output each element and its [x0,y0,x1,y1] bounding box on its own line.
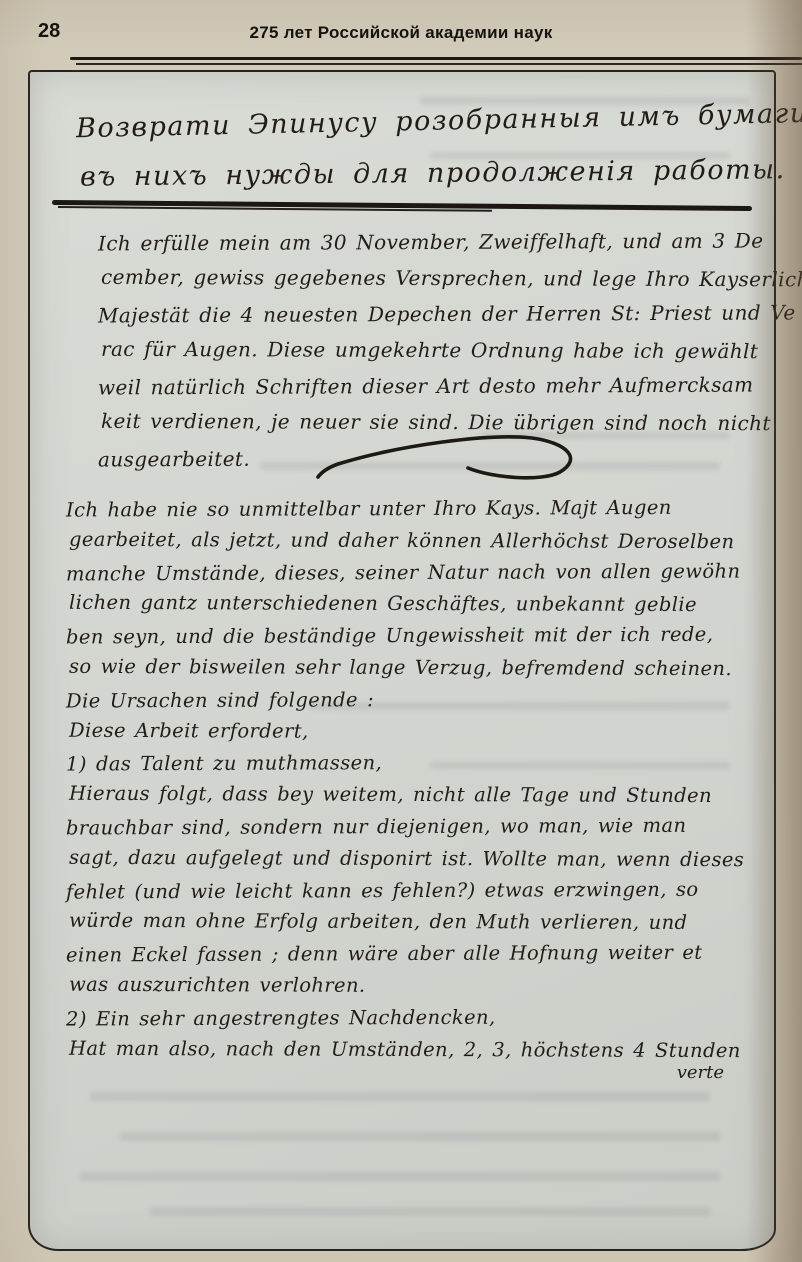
handwritten-line: Die Ursachen sind folgende : [66,682,758,717]
handwritten-line: Ich erfülle mein am 30 November, Zweiffe… [98,223,758,262]
handwritten-line: was auszurichten verlohren. [69,969,758,1003]
handwritten-line: lichen gantz unterschiedenen Geschäftes,… [69,587,758,621]
catchword: verte [677,1062,724,1083]
handwritten-line: 1) das Talent zu muthmassen, [66,746,758,781]
handwritten-line: cember, gewiss gegebenes Versprechen, un… [101,259,758,297]
handwritten-line: weil natürlich Schriften dieser Art dest… [98,367,758,406]
handwritten-line: rac für Augen. Diese umgekehrte Ordnung … [101,331,758,369]
running-header-title: 275 лет Российской академии наук [0,23,802,43]
russian-handwritten-note: Возврати Эпинусу розобранныя имъ бумаги … [76,96,766,200]
header-rule-thick [70,57,802,60]
handwritten-line: Ich habe nie so unmittelbar unter Ihro K… [66,491,758,526]
handwritten-line: sagt, dazu aufgelegt und disponirt ist. … [69,842,758,876]
bleed-through-streak [120,1132,720,1141]
handwritten-line: so wie der bisweilen sehr lange Verzug, … [69,651,758,685]
handwritten-line: въ нихъ нужды для продолженія работы. [80,144,767,203]
hand-drawn-flourish [310,425,610,489]
handwritten-line: Hat man also, nach den Umständen, 2, 3, … [69,1032,758,1066]
handwritten-line: Hieraus folgt, dass bey weitem, nicht al… [69,778,758,812]
bleed-through-streak [90,1092,710,1101]
handwritten-line: 2) Ein sehr angestrengtes Nachdencken, [66,1000,758,1035]
handwritten-line: Diese Arbeit erfordert, [69,714,758,748]
handwritten-line: brauchbar sind, sondern nur diejenigen, … [66,809,758,844]
handwritten-line: würde man ohne Erfolg arbeiten, den Muth… [69,905,758,939]
handwritten-line: manche Umstände, dieses, seiner Natur na… [66,555,758,590]
handwritten-line: Majestät die 4 neuesten Depechen der Her… [98,295,758,334]
handwritten-line: einen Eckel fassen ; denn wäre aber alle… [66,937,758,972]
bleed-through-streak [80,1172,720,1181]
handwritten-line: ben seyn, und die beständige Ungewisshei… [66,619,758,654]
german-paragraph-2: Ich habe nie so unmittelbar unter Ihro K… [66,493,758,1065]
scanned-book-page: 28 275 лет Российской академии наук Возв… [0,0,802,1262]
handwritten-line: fehlet (und wie leicht kann es fehlen?) … [66,873,758,908]
handwritten-line: gearbeitet, als jetzt, und daher können … [69,524,758,558]
header-rule-thin [76,63,802,65]
bleed-through-streak [150,1207,710,1216]
